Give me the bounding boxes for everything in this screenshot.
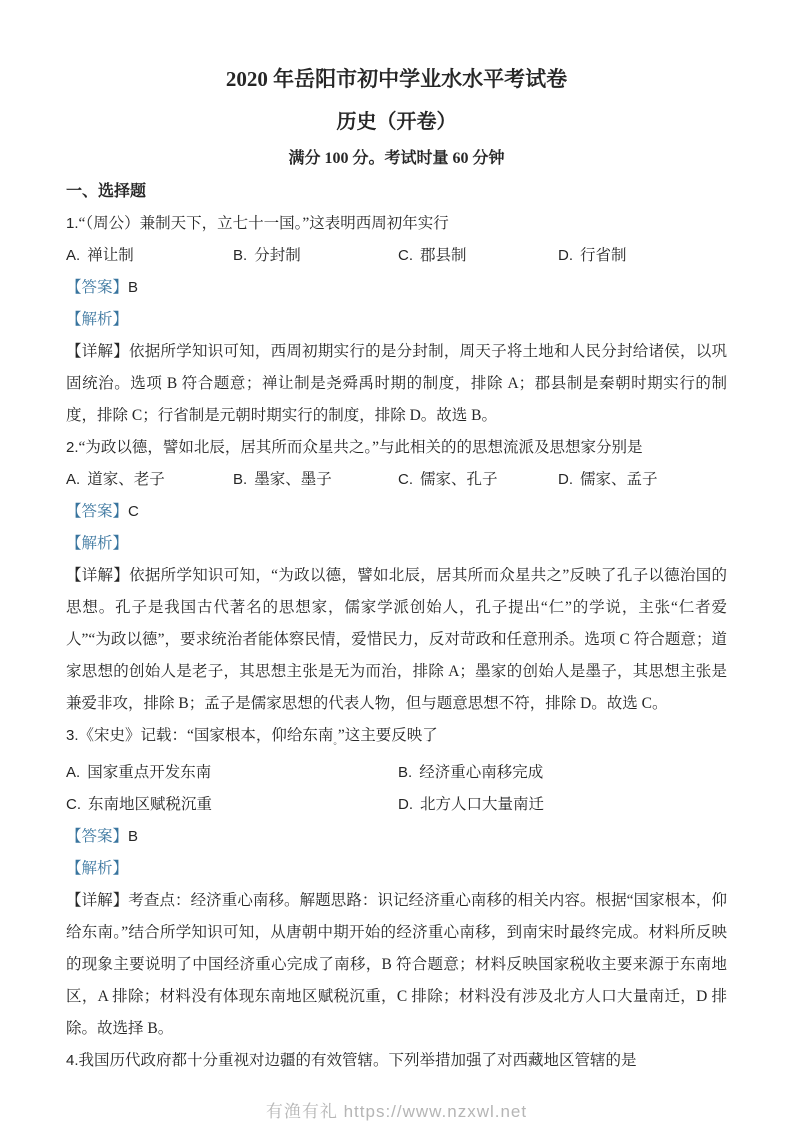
detail-paragraph: 【详解】依据所学知识可知，西周初期实行的是分封制，周天子将土地和人民分封给诸侯，…: [66, 336, 727, 432]
option-c: C.东南地区赋税沉重: [66, 789, 398, 821]
option-letter: D.: [398, 796, 413, 813]
option-d: D.儒家、孟子: [558, 464, 658, 496]
option-letter: A.: [66, 764, 80, 781]
option-a: A.国家重点开发东南: [66, 757, 398, 789]
question-block-1: 1.“（周公）兼制天下，立七十一国。”这表明西周初年实行 A.禅让制 B.分封制…: [66, 208, 727, 432]
question-number: 1.: [66, 215, 79, 232]
answer-value: B: [128, 828, 138, 845]
option-letter: C.: [398, 471, 413, 488]
option-letter: D.: [558, 471, 573, 488]
option-a: A.道家、老子: [66, 464, 233, 496]
detail-label: 【详解】: [66, 567, 129, 584]
question-stem: 1.“（周公）兼制天下，立七十一国。”这表明西周初年实行: [66, 208, 727, 240]
answer-label: 【答案】: [66, 503, 128, 520]
option-c: C.儒家、孔子: [398, 464, 558, 496]
page-title: 2020 年岳阳市初中学业水水平考试卷: [66, 0, 727, 96]
option-a: A.禅让制: [66, 240, 233, 272]
question-block-3: 3.《宋史》记载：“国家根本，仰给东南。”这主要反映了 A.国家重点开发东南 B…: [66, 720, 727, 1045]
option-text: 儒家、孔子: [420, 471, 498, 488]
section-heading: 一、选择题: [66, 176, 727, 208]
options-row: C.东南地区赋税沉重 D.北方人口大量南迁: [66, 789, 727, 821]
option-letter: B.: [233, 247, 247, 264]
option-letter: A.: [66, 471, 80, 488]
question-number: 4.: [66, 1052, 79, 1069]
option-letter: B.: [398, 764, 412, 781]
option-d: D.北方人口大量南迁: [398, 789, 544, 821]
options-row: A.禅让制 B.分封制 C.郡县制 D.行省制: [66, 240, 727, 272]
option-text: 儒家、孟子: [580, 471, 658, 488]
analysis-label: 【解析】: [66, 860, 128, 877]
option-d: D.行省制: [558, 240, 627, 272]
answer-line: 【答案】C: [66, 496, 727, 528]
analysis-line: 【解析】: [66, 853, 727, 885]
options-row: A.道家、老子 B.墨家、墨子 C.儒家、孔子 D.儒家、孟子: [66, 464, 727, 496]
analysis-line: 【解析】: [66, 528, 727, 560]
question-stem: 2.“为政以德，譬如北辰，居其所而众星共之。”与此相关的的思想流派及思想家分别是: [66, 432, 727, 464]
question-stem-text-tail: ”这主要反映了: [338, 727, 438, 744]
question-stem-text: “（周公）兼制天下，立七十一国。”这表明西周初年实行: [79, 215, 449, 232]
answer-value: C: [128, 503, 139, 520]
exam-info-line: 满分 100 分。考试时量 60 分钟: [66, 144, 727, 174]
question-stem-text: 我国历代政府都十分重视对边疆的有效管辖。下列举措加强了对西藏地区管辖的是: [79, 1052, 637, 1069]
detail-paragraph: 【详解】依据所学知识可知，“为政以德，譬如北辰，居其所而众星共之”反映了孔子以德…: [66, 560, 727, 720]
option-letter: C.: [398, 247, 413, 264]
detail-text: 考查点：经济重心南移。解题思路：识记经济重心南移的相关内容。根据“国家根本，仰给…: [66, 892, 727, 1037]
option-text: 郡县制: [420, 247, 467, 264]
exam-paper-page: 2020 年岳阳市初中学业水水平考试卷 历史（开卷） 满分 100 分。考试时量…: [0, 0, 793, 1126]
detail-label: 【详解】: [66, 892, 128, 909]
question-number: 3.: [66, 727, 79, 744]
options-row: A.国家重点开发东南 B.经济重心南移完成: [66, 757, 727, 789]
option-text: 禅让制: [87, 247, 134, 264]
question-block-2: 2.“为政以德，譬如北辰，居其所而众星共之。”与此相关的的思想流派及思想家分别是…: [66, 432, 727, 720]
option-letter: D.: [558, 247, 573, 264]
detail-text: 依据所学知识可知，“为政以德，譬如北辰，居其所而众星共之”反映了孔子以德治国的思…: [66, 567, 727, 712]
option-b: B.经济重心南移完成: [398, 757, 543, 789]
detail-paragraph: 【详解】考查点：经济重心南移。解题思路：识记经济重心南移的相关内容。根据“国家根…: [66, 885, 727, 1045]
question-stem: 4.我国历代政府都十分重视对边疆的有效管辖。下列举措加强了对西藏地区管辖的是: [66, 1045, 727, 1077]
answer-value: B: [128, 279, 138, 296]
option-b: B.墨家、墨子: [233, 464, 398, 496]
question-block-4: 4.我国历代政府都十分重视对边疆的有效管辖。下列举措加强了对西藏地区管辖的是: [66, 1045, 727, 1077]
footer-watermark-link[interactable]: 有渔有礼 https://www.nzxwl.net: [266, 1102, 527, 1121]
option-text: 北方人口大量南迁: [420, 796, 544, 813]
question-stem-text: 《宋史》记载：“国家根本，仰给东南: [79, 727, 334, 744]
option-c: C.郡县制: [398, 240, 558, 272]
option-text: 东南地区赋税沉重: [88, 796, 212, 813]
question-number: 2.: [66, 439, 79, 456]
answer-line: 【答案】B: [66, 272, 727, 304]
answer-label: 【答案】: [66, 279, 128, 296]
option-text: 道家、老子: [87, 471, 165, 488]
option-text: 行省制: [580, 247, 627, 264]
option-text: 国家重点开发东南: [87, 764, 211, 781]
analysis-line: 【解析】: [66, 304, 727, 336]
detail-label: 【详解】: [66, 343, 129, 360]
question-stem-text: “为政以德，譬如北辰，居其所而众星共之。”与此相关的的思想流派及思想家分别是: [79, 439, 643, 456]
option-letter: B.: [233, 471, 247, 488]
option-text: 墨家、墨子: [254, 471, 332, 488]
analysis-label: 【解析】: [66, 311, 128, 328]
answer-line: 【答案】B: [66, 821, 727, 853]
option-letter: C.: [66, 796, 81, 813]
page-subtitle: 历史（开卷）: [66, 107, 727, 137]
detail-text: 依据所学知识可知，西周初期实行的是分封制，周天子将土地和人民分封给诸侯，以巩固统…: [66, 343, 727, 424]
option-letter: A.: [66, 247, 80, 264]
answer-label: 【答案】: [66, 828, 128, 845]
analysis-label: 【解析】: [66, 535, 128, 552]
option-text: 分封制: [254, 247, 301, 264]
option-b: B.分封制: [233, 240, 398, 272]
option-text: 经济重心南移完成: [419, 764, 543, 781]
question-stem: 3.《宋史》记载：“国家根本，仰给东南。”这主要反映了: [66, 720, 727, 757]
